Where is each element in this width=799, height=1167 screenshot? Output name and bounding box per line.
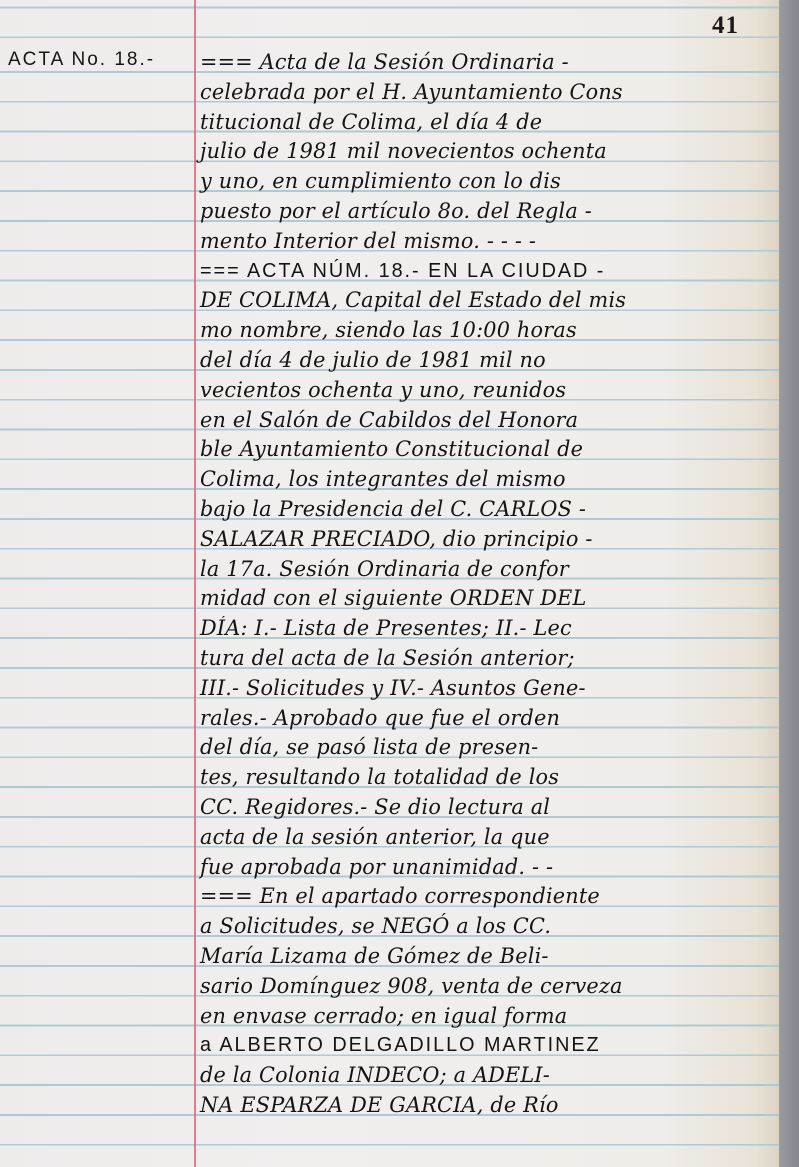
text-line: celebrada por el H. Ayuntamiento Cons [200, 78, 772, 108]
text-line: a ALBERTO DELGADILLO MARTINEZ [200, 1031, 772, 1061]
text-line: la 17a. Sesión Ordinaria de confor [200, 555, 772, 585]
text-line: DÍA: I.- Lista de Presentes; II.- Lec [200, 614, 772, 644]
text-line: midad con el siguiente ORDEN DEL [200, 584, 772, 614]
margin-note-acta-number: ACTA No. 18.- [8, 49, 155, 71]
text-line: vecientos ochenta y uno, reunidos [200, 376, 772, 406]
text-line: en envase cerrado; en igual forma [200, 1002, 772, 1032]
book-edge-shadow [779, 0, 799, 1167]
handwritten-minutes-text: === Acta de la Sesión Ordinaria - celebr… [200, 48, 778, 1121]
text-line: y uno, en cumplimiento con lo dis [200, 167, 772, 197]
text-line: === En el apartado correspondiente [200, 882, 772, 912]
ledger-page: 41 ACTA No. 18.- === Acta de la Sesión O… [0, 0, 779, 1167]
text-line: tura del acta de la Sesión anterior; [200, 644, 772, 674]
text-line: sario Domínguez 908, venta de cerveza [200, 972, 772, 1002]
text-line: ble Ayuntamiento Constitucional de [200, 435, 772, 465]
text-line: mento Interior del mismo. - - - - [200, 227, 772, 257]
red-margin-line [194, 0, 196, 1167]
text-line: === Acta de la Sesión Ordinaria - [200, 48, 772, 78]
text-line: rales.- Aprobado que fue el orden [200, 704, 772, 734]
text-line: DE COLIMA, Capital del Estado del mis [200, 286, 772, 316]
text-line: puesto por el artículo 8o. del Regla - [200, 197, 772, 227]
text-line: fue aprobada por unanimidad. - - [200, 853, 772, 883]
text-line: tes, resultando la totalidad de los [200, 763, 772, 793]
text-line: bajo la Presidencia del C. CARLOS - [200, 495, 772, 525]
text-line: III.- Solicitudes y IV.- Asuntos Gene- [200, 674, 772, 704]
text-line: a Solicitudes, se NEGÓ a los CC. [200, 912, 772, 942]
text-line: del día 4 de julio de 1981 mil no [200, 346, 772, 376]
text-line: María Lizama de Gómez de Beli- [200, 942, 772, 972]
text-line: === ACTA NÚM. 18.- EN LA CIUDAD - [200, 257, 772, 287]
text-line: de la Colonia INDECO; a ADELI- [200, 1061, 772, 1091]
text-line: julio de 1981 mil novecientos ochenta [200, 137, 772, 167]
text-line: SALAZAR PRECIADO, dio principio - [200, 525, 772, 555]
text-line: en el Salón de Cabildos del Honora [200, 406, 772, 436]
text-line: titucional de Colima, el día 4 de [200, 108, 772, 138]
text-line: Colima, los integrantes del mismo [200, 465, 772, 495]
text-line: mo nombre, siendo las 10:00 horas [200, 316, 772, 346]
text-line: del día, se pasó lista de presen- [200, 733, 772, 763]
text-line: NA ESPARZA DE GARCIA, de Río [200, 1091, 772, 1121]
text-line: acta de la sesión anterior, la que [200, 823, 772, 853]
page-number: 41 [712, 12, 739, 40]
text-line: CC. Regidores.- Se dio lectura al [200, 793, 772, 823]
